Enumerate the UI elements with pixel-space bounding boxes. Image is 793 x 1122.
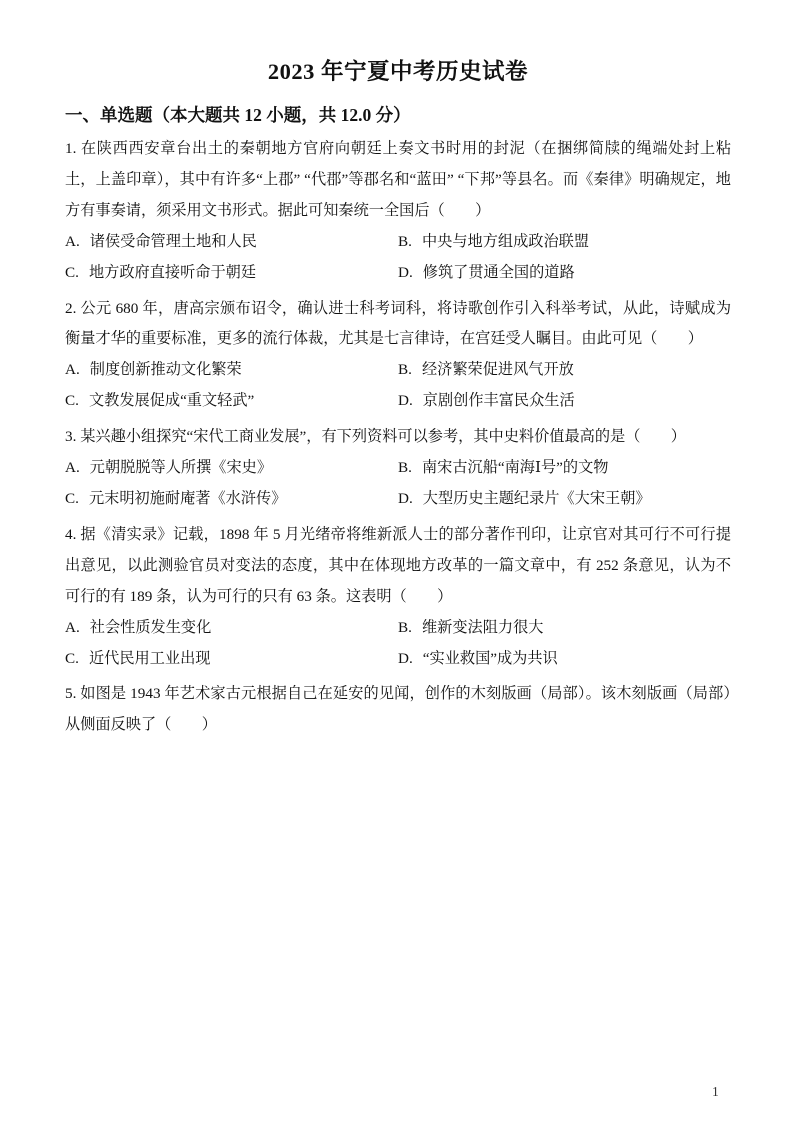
- option-d: D.大型历史主题纪录片《大宋王朝》: [398, 484, 731, 515]
- option-label: A.: [65, 459, 80, 476]
- option-label: D.: [398, 490, 413, 507]
- option-text: 南宋古沉船“南海Ⅰ号”的文物: [422, 459, 609, 476]
- option-text: 文教发展促成“重文轻武”: [89, 392, 254, 409]
- option-text: 维新变法阻力很大: [422, 619, 544, 636]
- question-3: 3. 某兴趣小组探究“宋代工商业发展”，有下列资料可以参考，其中史料价值最高的是…: [65, 422, 731, 515]
- options-group: A.制度创新推动文化繁荣 B.经济繁荣促进风气开放 C.文教发展促成“重文轻武”…: [65, 355, 731, 417]
- option-d: D.修筑了贯通全国的道路: [398, 258, 731, 289]
- option-b: B.南宋古沉船“南海Ⅰ号”的文物: [398, 453, 731, 484]
- question-5: 5. 如图是 1943 年艺术家古元根据自己在延安的见闻，创作的木刻版画（局部）…: [65, 679, 731, 741]
- option-c: C.文教发展促成“重文轻武”: [65, 386, 398, 417]
- question-2: 2. 公元 680 年，唐高宗颁布诏令，确认进士科考词科，将诗歌创作引入科举考试…: [65, 294, 731, 418]
- option-b: B.维新变法阻力很大: [398, 613, 731, 644]
- option-a: A.元朝脱脱等人所撰《宋史》: [65, 453, 398, 484]
- option-d: D.京剧创作丰富民众生活: [398, 386, 731, 417]
- question-stem: 4. 据《清实录》记载，1898 年 5 月光绪帝将维新派人士的部分著作刊印，让…: [65, 520, 731, 613]
- option-text: “实业救国”成为共识: [423, 650, 558, 667]
- exam-paper-page: 2023 年宁夏中考历史试卷 一、单选题（本大题共 12 小题，共 12.0 分…: [0, 0, 793, 1122]
- option-label: C.: [65, 490, 79, 507]
- option-b: B.经济繁荣促进风气开放: [398, 355, 731, 386]
- option-label: C.: [65, 264, 79, 281]
- option-label: D.: [398, 650, 413, 667]
- option-label: C.: [65, 650, 79, 667]
- option-label: B.: [398, 459, 412, 476]
- question-4: 4. 据《清实录》记载，1898 年 5 月光绪帝将维新派人士的部分著作刊印，让…: [65, 520, 731, 675]
- option-label: B.: [398, 233, 412, 250]
- option-label: D.: [398, 264, 413, 281]
- option-text: 大型历史主题纪录片《大宋王朝》: [423, 490, 651, 507]
- option-label: A.: [65, 233, 80, 250]
- question-stem: 1. 在陕西西安章台出土的秦朝地方官府向朝廷上奏文书时用的封泥（在捆绑简牍的绳端…: [65, 134, 731, 227]
- option-a: A.诸侯受命管理土地和人民: [65, 227, 398, 258]
- option-text: 社会性质发生变化: [90, 619, 212, 636]
- question-stem: 5. 如图是 1943 年艺术家古元根据自己在延安的见闻，创作的木刻版画（局部）…: [65, 679, 731, 741]
- section-heading: 一、单选题（本大题共 12 小题，共 12.0 分）: [65, 102, 731, 129]
- option-text: 制度创新推动文化繁荣: [90, 361, 242, 378]
- option-label: C.: [65, 392, 79, 409]
- question-stem: 3. 某兴趣小组探究“宋代工商业发展”，有下列资料可以参考，其中史料价值最高的是…: [65, 422, 731, 453]
- option-text: 地方政府直接听命于朝廷: [89, 264, 256, 281]
- option-c: C.元末明初施耐庵著《水浒传》: [65, 484, 398, 515]
- option-label: D.: [398, 392, 413, 409]
- option-text: 中央与地方组成政治联盟: [422, 233, 589, 250]
- option-c: C.地方政府直接听命于朝廷: [65, 258, 398, 289]
- option-label: B.: [398, 361, 412, 378]
- option-d: D.“实业救国”成为共识: [398, 644, 731, 675]
- question-1: 1. 在陕西西安章台出土的秦朝地方官府向朝廷上奏文书时用的封泥（在捆绑简牍的绳端…: [65, 134, 731, 289]
- option-text: 元朝脱脱等人所撰《宋史》: [90, 459, 272, 476]
- option-label: A.: [65, 361, 80, 378]
- options-group: A.元朝脱脱等人所撰《宋史》 B.南宋古沉船“南海Ⅰ号”的文物 C.元末明初施耐…: [65, 453, 731, 515]
- option-a: A.社会性质发生变化: [65, 613, 398, 644]
- option-text: 修筑了贯通全国的道路: [423, 264, 575, 281]
- document-title: 2023 年宁夏中考历史试卷: [65, 56, 731, 88]
- option-text: 京剧创作丰富民众生活: [423, 392, 575, 409]
- option-label: A.: [65, 619, 80, 636]
- option-c: C.近代民用工业出现: [65, 644, 398, 675]
- option-text: 诸侯受命管理土地和人民: [90, 233, 257, 250]
- option-text: 近代民用工业出现: [89, 650, 211, 667]
- question-stem: 2. 公元 680 年，唐高宗颁布诏令，确认进士科考词科，将诗歌创作引入科举考试…: [65, 294, 731, 356]
- options-group: A.社会性质发生变化 B.维新变法阻力很大 C.近代民用工业出现 D.“实业救国…: [65, 613, 731, 675]
- option-label: B.: [398, 619, 412, 636]
- options-group: A.诸侯受命管理土地和人民 B.中央与地方组成政治联盟 C.地方政府直接听命于朝…: [65, 227, 731, 289]
- option-text: 经济繁荣促进风气开放: [422, 361, 574, 378]
- page-content: 2023 年宁夏中考历史试卷 一、单选题（本大题共 12 小题，共 12.0 分…: [65, 56, 731, 741]
- page-number: 1: [712, 1083, 719, 1101]
- option-text: 元末明初施耐庵著《水浒传》: [89, 490, 286, 507]
- option-a: A.制度创新推动文化繁荣: [65, 355, 398, 386]
- option-b: B.中央与地方组成政治联盟: [398, 227, 731, 258]
